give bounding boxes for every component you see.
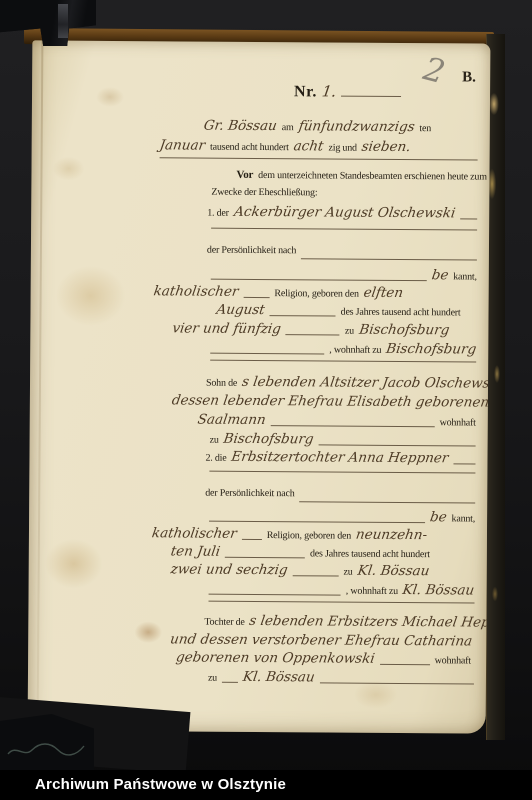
- handwritten-text: vier und fünfzig: [171, 320, 282, 337]
- form-line: Januartausend acht hundertachtzig undsie…: [160, 137, 478, 160]
- blank-rule: [286, 326, 340, 335]
- form-line: Zwecke der Eheschließung:: [211, 187, 477, 205]
- paper-stain: [45, 539, 103, 589]
- printed-text: tausend acht hundert: [210, 142, 289, 154]
- printed-text: wohnhaft: [435, 655, 471, 666]
- paper-stain: [55, 266, 125, 326]
- handwritten-text: s lebenden Altsitzer Jacob Olschewski un…: [241, 374, 490, 392]
- form-line: der Persönlichkeit nach: [205, 488, 475, 506]
- printed-text: Tochter de: [204, 617, 244, 628]
- blank-rule: [301, 250, 477, 260]
- printed-text: der Persönlichkeit nach: [205, 488, 294, 500]
- form-line: Augustdes Jahres tausend acht hundert: [216, 302, 476, 320]
- blank-rule: [225, 549, 305, 559]
- paper-stain: [52, 157, 84, 181]
- handwritten-text: neunzehn-: [355, 527, 428, 543]
- printed-text: 2. die: [205, 453, 226, 464]
- form-line: Vordem unterzeichneten Standesbeamten er…: [236, 169, 477, 187]
- handwritten-text: fünfundzwanzigs: [297, 118, 415, 135]
- printed-text: am: [282, 122, 294, 133]
- blank-rule: [453, 455, 475, 464]
- handwritten-text: katholischer: [151, 525, 238, 542]
- printed-text: zu: [345, 326, 354, 337]
- form-line: Tochter des lebenden Erbsitzers Michael …: [204, 613, 474, 631]
- form-line: Nr.1.: [294, 82, 478, 99]
- blank-rule: [243, 289, 269, 298]
- printed-text: des Jahres tausend acht hundert: [341, 307, 461, 319]
- handwritten-text: Erbsitzertochter Anna Heppner: [230, 449, 449, 466]
- handwritten-text: acht: [293, 138, 325, 154]
- handwritten-text: Ackerbürger August Olschewski: [233, 204, 456, 222]
- form-line: ten Julides Jahres tausend acht hundert: [171, 543, 475, 561]
- handwritten-text: s lebenden Erbsitzers Michael Heppner: [249, 613, 491, 631]
- printed-text: ten: [419, 123, 431, 134]
- form-line: Gr. Bössauamfünfundzwanzigsten: [204, 118, 478, 136]
- handwritten-text: Gr. Bössau: [203, 118, 278, 134]
- printed-text: kannt,: [452, 513, 476, 524]
- handwritten-text: sieben.: [361, 139, 412, 155]
- form-line: geborenen von Oppenkowskiwohnhaft: [176, 649, 474, 667]
- printed-text: , wohnhaft zu: [329, 344, 381, 355]
- form-line: Sohn des lebenden Altsitzer Jacob Olsche…: [206, 374, 476, 392]
- form-line: und dessen verstorbener Ehefrau Catharin…: [170, 631, 474, 649]
- blank-rule: [209, 586, 341, 596]
- handwritten-text: geborenen von Oppenkowski: [175, 649, 376, 666]
- page-fold-crease: [37, 40, 44, 730]
- blank-rule: [293, 567, 339, 576]
- handwritten-text: Kl. Bössau: [242, 669, 316, 685]
- blank-rule: [341, 88, 401, 97]
- blank-rule: [242, 531, 262, 540]
- handwritten-text: Bischofsburg: [385, 341, 477, 358]
- blank-rule: [270, 307, 336, 316]
- handwritten-text: Kl. Bössau: [402, 582, 476, 598]
- handwritten-text: August: [215, 302, 265, 318]
- blank-rule: [319, 436, 476, 446]
- form-line: bekannt,: [211, 266, 477, 284]
- printed-text: , wohnhaft zu: [346, 586, 398, 597]
- form-line: 1. derAckerbürger August Olschewski: [207, 204, 477, 222]
- printed-text: Religion, geboren den: [267, 530, 351, 542]
- form-line: zuKl. Bössau: [208, 669, 474, 687]
- blank-rule: [222, 674, 238, 683]
- handwritten-text: Kl. Bössau: [356, 563, 430, 579]
- form-rule: [209, 471, 475, 474]
- blank-rule: [271, 417, 435, 427]
- archive-watermark-bar: Archiwum Państwowe w Olsztynie: [0, 770, 532, 800]
- handwritten-text: Januar: [159, 137, 207, 153]
- printed-text: Zwecke der Eheschließung:: [211, 187, 317, 199]
- printed-text: des Jahres tausend acht hundert: [310, 548, 430, 560]
- form-line: zwei und sechzigzuKl. Bössau: [171, 561, 475, 579]
- handwritten-text: Saalmann: [197, 412, 267, 428]
- register-page: 2 B. Nr.1.Gr. Bössauamfünfundzwanzigsten…: [28, 40, 491, 733]
- form-line: 2. dieErbsitzertochter Anna Heppner: [205, 449, 475, 467]
- blank-rule: [209, 513, 425, 524]
- handwritten-text: 1.: [321, 82, 338, 100]
- printed-text: wohnhaft: [440, 417, 476, 428]
- form-line: vier und fünfzigzuBischofsburg: [172, 320, 476, 338]
- printed-text: Religion, geboren den: [274, 288, 358, 300]
- handwritten-text: dessen lebender Ehefrau Elisabeth gebore…: [171, 392, 491, 410]
- printed-text: zu: [344, 567, 353, 578]
- form-line: bekannt,: [209, 508, 475, 526]
- archive-name-label: Archiwum Państwowe w Olsztynie: [35, 770, 286, 800]
- blank-rule: [460, 210, 477, 219]
- printed-text: der Persönlichkeit nach: [207, 245, 296, 257]
- archive-photo: 2 B. Nr.1.Gr. Bössauamfünfundzwanzigsten…: [0, 0, 532, 800]
- blank-rule: [210, 345, 324, 355]
- printed-text: zu: [210, 435, 219, 446]
- printed-text: Sohn de: [206, 378, 237, 389]
- handwritten-text: ten Juli: [170, 543, 222, 559]
- form-rule: [210, 360, 476, 363]
- printed-text: kannt,: [453, 271, 477, 282]
- blank-rule: [380, 656, 430, 665]
- blank-rule: [299, 493, 475, 503]
- handwritten-text: be: [429, 509, 448, 525]
- printed-text: Nr.: [294, 83, 317, 101]
- blank-rule: [320, 674, 474, 684]
- form-line: katholischerReligion, geboren denelften: [154, 283, 477, 301]
- printed-text: dem unterzeichneten Standesbeamten ersch…: [258, 170, 487, 183]
- form-line: Saalmannwohnhaft: [198, 412, 476, 430]
- form-line: katholischerReligion, geboren denneunzeh…: [152, 525, 475, 543]
- form-rule: [211, 228, 477, 231]
- handwritten-text: Bischofsburg: [358, 322, 450, 339]
- form-line: zuBischofsburg: [210, 431, 476, 449]
- paper-stain: [134, 621, 162, 643]
- form-line: , wohnhaft zuBischofsburg: [210, 340, 476, 358]
- printed-text: Vor: [236, 169, 253, 181]
- printed-text: zu: [208, 673, 217, 684]
- handwritten-text: be: [430, 267, 449, 283]
- handwritten-text: katholischer: [152, 283, 239, 300]
- handwritten-text: Bischofsburg: [223, 431, 315, 448]
- scrawl-mark: [6, 736, 86, 762]
- handwritten-text: elften: [363, 285, 405, 301]
- printed-text: zig und: [328, 142, 356, 153]
- paper-stain: [96, 87, 124, 107]
- handwritten-text: und dessen verstorbener Ehefrau Catharin…: [169, 631, 473, 649]
- printed-text: 1. der: [207, 208, 229, 219]
- form-line: der Persönlichkeit nach: [207, 245, 477, 263]
- form-rule: [209, 601, 475, 604]
- form-line: dessen lebender Ehefrau Elisabeth gebore…: [172, 392, 476, 410]
- blank-rule: [211, 271, 427, 282]
- handwritten-text: zwei und sechzig: [170, 561, 289, 578]
- form-line: , wohnhaft zuKl. Bössau: [209, 581, 475, 599]
